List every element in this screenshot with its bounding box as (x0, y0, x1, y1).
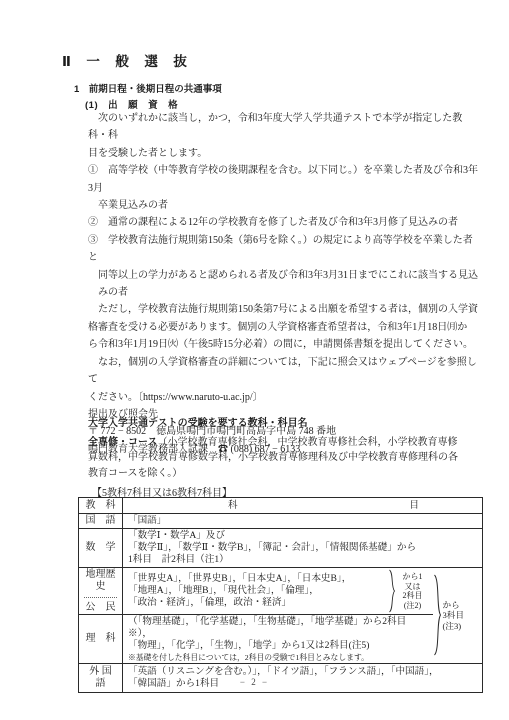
subject-rika: 理 科 (79, 615, 123, 663)
note-paragraph-nao: なお，個別の入学資格審査の詳細については，下記に照会又はウェブページを参照して … (88, 354, 482, 406)
document-page: Ⅱ 一 般 選 抜 1 前期日程・後期日程の共通事項 (1) 出 願 資 格 次… (0, 0, 509, 720)
note-paragraph-tadashi: ただし，学校教育法施行規則第150条第7号による出願を希望する者は，個別の入学資… (88, 301, 482, 353)
chireki-choice-note: から1 又は 2科目 (注2) (398, 572, 428, 610)
table-row-rika: 理 科 （「物理基礎」，「化学基礎」，「生物基礎」，「地学基礎」から2科目※），… (79, 615, 483, 663)
header-kamoku: 科 目 (123, 498, 483, 514)
header-kamoku-right: 目 (409, 500, 419, 512)
rika-footnote: ※基礎を付した科目については，2科目の受験で1科目とみなします。 (128, 653, 428, 662)
table-row-kokugo: 国 語 「国語」 (79, 514, 483, 529)
eligibility-item-2: ② 通常の課程による12年の学校教育を修了した者及び令和3年3月修了見込みの者 (88, 214, 482, 231)
subjects-table-heading: 大学入学共通テストの受験を要する教科・科目名 (88, 414, 470, 429)
subject-sugaku: 数 学 (79, 529, 123, 568)
course-scope-paragraph: 全専修・コース（小学校教育専修社会科，中学校教育専修社会科，小学校教育専修 算数… (88, 435, 470, 481)
content-chireki-komin: 「世界史A」，「世界史B」，「日本史A」，「日本史B」， 「地理A」，「地理B」… (123, 568, 433, 615)
table-row-sugaku: 数 学 「数学Ⅰ・数学A」及び 「数学Ⅱ」，「数学Ⅱ・数学B」，「簿記・会計」，… (79, 529, 483, 568)
content-sugaku: 「数学Ⅰ・数学A」及び 「数学Ⅱ」，「数学Ⅱ・数学B」，「簿記・会計」，「情報関… (123, 529, 483, 568)
inner-brace-icon (388, 569, 396, 613)
common-test-section: 大学入学共通テストの受験を要する教科・科目名 全専修・コース（小学校教育専修社会… (88, 414, 470, 501)
eligibility-item-1: ① 高等学校（中等教育学校の後期課程を含む。以下同じ。）を卒業した者及び令和3年… (88, 162, 482, 214)
intro-paragraph: 次のいずれかに該当し，かつ，令和3年度大学入学共通テストで本学が指定した教科・科… (88, 110, 482, 162)
subjects-table: 教 科 科 目 国 語 「国語」 数 学 「数学Ⅰ・数学A」及び 「数学Ⅱ」，「… (78, 497, 483, 693)
chireki-subject-list: 「世界史A」，「世界史B」，「日本史A」，「日本史B」， 「地理A」，「地理B」… (128, 573, 388, 608)
content-rika: （「物理基礎」，「化学基礎」，「生物基礎」，「地学基礎」から2科目※）， 「物理… (123, 615, 433, 663)
section-heading: 1 前期日程・後期日程の共通事項 (74, 81, 222, 95)
subsection-heading: (1) 出 願 資 格 (85, 97, 178, 111)
social-science-group-note: から 3科目 (注3) (433, 568, 483, 664)
subject-komin: 公 民 (84, 602, 117, 614)
course-label: 全専修・コース (88, 437, 158, 448)
content-kokugo: 「国語」 (123, 514, 483, 529)
body-text-block: 次のいずれかに該当し，かつ，令和3年度大学入学共通テストで本学が指定した教科・科… (88, 110, 482, 458)
header-kyoka: 教 科 (79, 498, 123, 514)
table-header-row: 教 科 科 目 (79, 498, 483, 514)
rika-subject-list: （「物理基礎」，「化学基礎」，「生物基礎」，「地学基礎」から2科目※）， 「物理… (128, 616, 428, 651)
group-choice-note: から 3科目 (注3) (443, 600, 465, 632)
table-row-chireki-komin: 地理歴史 公 民 「世界史A」，「世界史B」，「日本史A」，「日本史B」， 「地… (79, 568, 483, 615)
header-kamoku-left: 科 (228, 500, 238, 512)
page-number: − 2 − (0, 677, 509, 687)
subject-chireki-komin: 地理歴史 公 民 (79, 568, 123, 615)
page-title: Ⅱ 一 般 選 抜 (62, 50, 188, 70)
eligibility-item-3: ③ 学校教育法施行規則第150条（第6号を除く。）の規定により高等学校を卒業した… (88, 232, 482, 302)
subject-chireki: 地理歴史 (84, 569, 117, 598)
outer-brace-icon (433, 574, 442, 656)
subject-kokugo: 国 語 (79, 514, 123, 529)
